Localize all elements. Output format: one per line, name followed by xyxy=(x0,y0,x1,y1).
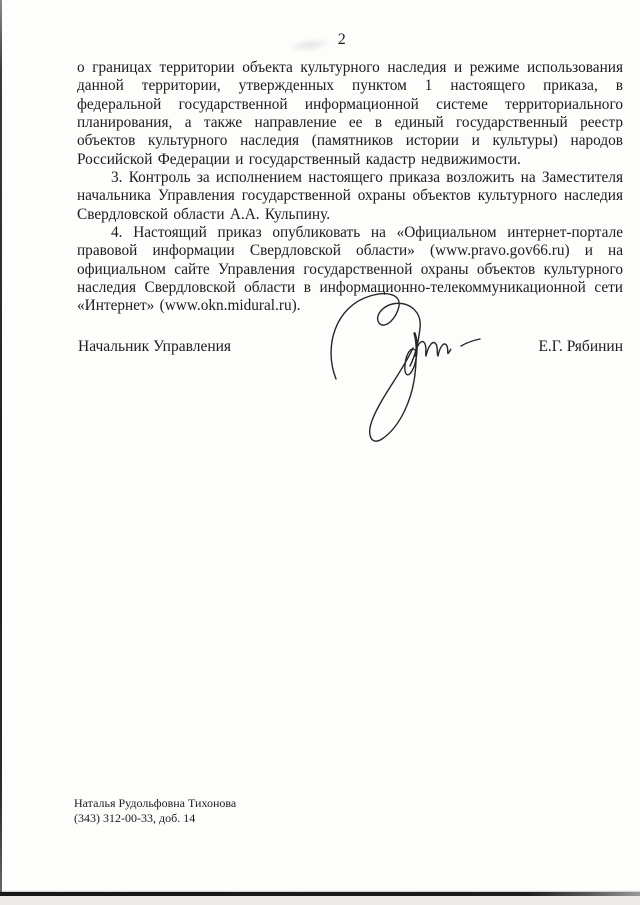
executor-phone: (343) 312-00-33, доб. 14 xyxy=(74,811,236,826)
paragraph-item-3: 3. Контроль за исполнением настоящего пр… xyxy=(77,169,623,224)
paragraph-continuation: о границах территории объекта культурног… xyxy=(77,59,623,169)
executor-info: Наталья Рудольфовна Тихонова (343) 312-0… xyxy=(74,796,236,825)
scan-edge-left-artifact xyxy=(0,0,2,905)
document-page: { "page": { "number": "2" }, "document":… xyxy=(0,0,640,905)
signatory-name: Е.Г. Рябинин xyxy=(538,338,623,356)
document-body: о границах территории объекта культурног… xyxy=(77,59,623,316)
handwritten-signature xyxy=(320,288,510,458)
scan-bottom-strip-artifact xyxy=(0,896,640,905)
executor-name: Наталья Рудольфовна Тихонова xyxy=(74,796,236,811)
page-number: 2 xyxy=(77,31,607,49)
scan-bottom-line-artifact xyxy=(0,892,640,896)
signatory-title: Начальник Управления xyxy=(78,338,231,356)
